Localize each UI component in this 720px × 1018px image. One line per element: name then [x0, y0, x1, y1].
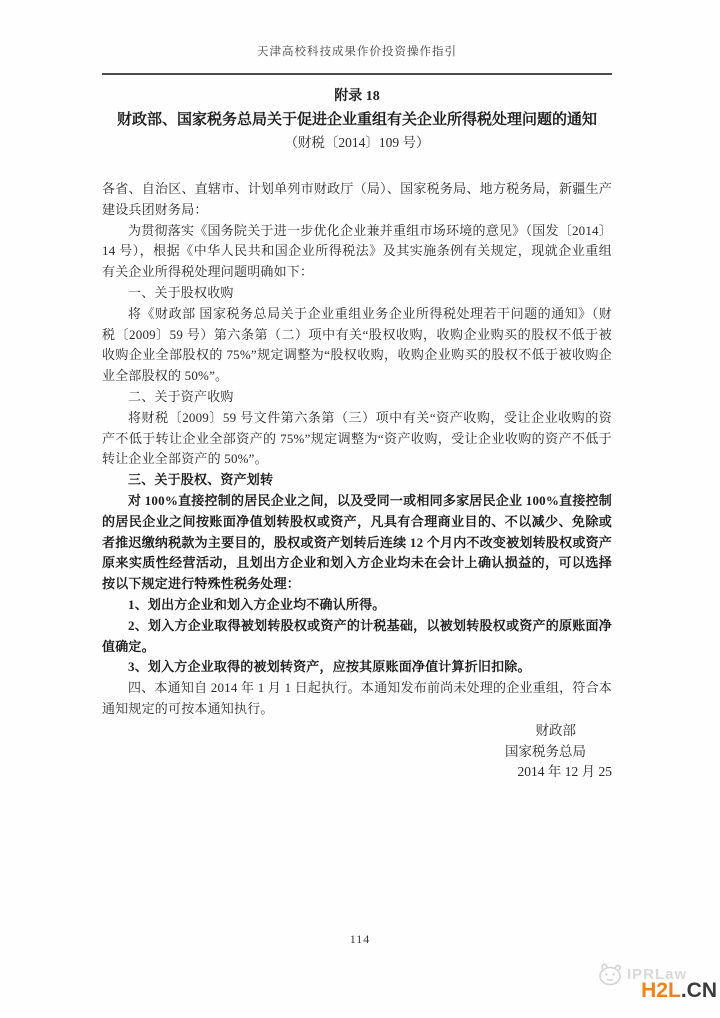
document-title: 财政部、国家税务总局关于促进企业重组有关企业所得税处理问题的通知: [102, 109, 612, 131]
paragraph: 二、关于资产收购: [102, 387, 612, 408]
header-rule: [102, 73, 612, 75]
watermark-brand: H2L.CN: [641, 980, 717, 1002]
watermark-brand-name: H2L: [641, 979, 681, 1002]
paragraph: 各省、自治区、直辖市、计划单列市财政厅（局）、国家税务局、地方税务局，新疆生产建…: [102, 179, 612, 221]
appendix-label: 附录 18: [102, 87, 612, 107]
paragraph: 将财税〔2009〕59 号文件第六条第（三）项中有关“资产收购，受让企业收购的资…: [102, 408, 612, 470]
watermark-logo-icon: [595, 960, 625, 988]
page-number: 114: [0, 932, 720, 947]
paragraph: 三、关于股权、资产划转: [102, 470, 612, 491]
paragraph: 将《财政部 国家税务总局关于企业重组业务企业所得税处理若干问题的通知》（财税〔2…: [102, 304, 612, 387]
watermark-brand-tld: .CN: [681, 979, 717, 1002]
signature-ministry: 财政部: [102, 721, 612, 742]
document-page: 天津高校科技成果作价投资操作指引 附录 18 财政部、国家税务总局关于促进企业重…: [0, 0, 720, 1018]
paragraph: 1、划出方企业和划入方企业均不确认所得。: [102, 595, 612, 616]
paragraph: 四、本通知自 2014 年 1 月 1 日起执行。本通知发布前尚未处理的企业重组…: [102, 678, 612, 720]
paragraph: 2、划入方企业取得被划转股权或资产的计税基础，以被划转股权或资产的原账面净值确定…: [102, 616, 612, 658]
document-number: （财税〔2014〕109 号）: [102, 133, 612, 153]
paragraph: 一、关于股权收购: [102, 283, 612, 304]
watermark: IPRLaw H2L.CN: [595, 960, 717, 1002]
document-body: 各省、自治区、直辖市、计划单列市财政厅（局）、国家税务局、地方税务局，新疆生产建…: [102, 179, 612, 720]
paragraph: 对 100%直接控制的居民企业之间，以及受同一或相同多家居民企业 100%直接控…: [102, 491, 612, 595]
signature-tax-administration: 国家税务总局: [102, 742, 612, 763]
signature-date: 2014 年 12 月 25: [102, 762, 612, 783]
running-header: 天津高校科技成果作价投资操作指引: [102, 44, 612, 60]
signature-block: 财政部 国家税务总局 2014 年 12 月 25: [102, 721, 612, 783]
paragraph: 3、划入方企业取得的被划转资产，应按其原账面净值计算折旧扣除。: [102, 657, 612, 678]
paragraph: 为贯彻落实《国务院关于进一步优化企业兼并重组市场环境的意见》（国发〔2014〕1…: [102, 221, 612, 283]
